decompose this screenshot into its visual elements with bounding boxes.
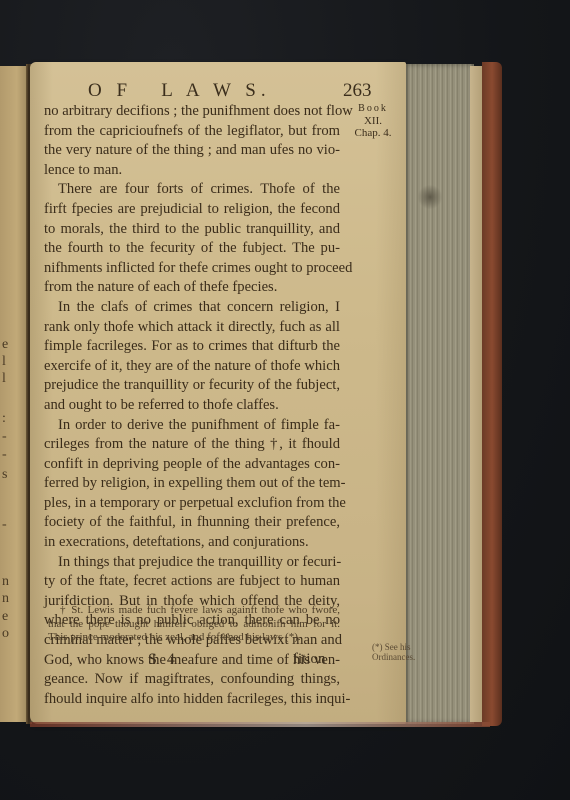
page-bottom-edge (30, 722, 490, 727)
text-line: the very nature of the thing ; and man u… (44, 141, 340, 161)
text-line: and ought to be referred to thofe claffe… (44, 396, 340, 416)
text-line: no arbitrary decifions ; the punifhment … (44, 102, 340, 122)
catchword: fition (293, 651, 326, 668)
text-line: In the clafs of crimes that concern reli… (44, 298, 340, 318)
margin-note: Book XII. Chap. 4. (350, 103, 396, 139)
leather-cover (482, 62, 502, 726)
text-line: from the nature of each of thefe fpecies… (44, 278, 340, 298)
fragment: s (2, 464, 7, 486)
text-line: firft fpecies are prejudicial to religio… (44, 200, 340, 220)
text-line: fimple facrileges. For as to crimes that… (44, 337, 340, 357)
footnote-line: that the pope thought himfelf obliged to… (48, 618, 340, 632)
margin-book-number: XII. (350, 115, 396, 127)
footnote-line: † St. Lewis made fuch fevere laws againf… (48, 604, 340, 618)
fragment: l (2, 368, 6, 390)
running-head: O F L A W S. (88, 80, 271, 102)
text-line: fociety of the faithful, in fhunning the… (44, 513, 340, 533)
text-line: There are four forts of crimes. Thofe of… (44, 180, 340, 200)
text-line: lence to man. (44, 161, 340, 181)
margin-book-label: Book (350, 103, 396, 115)
footnote-line: This prince moderated his zeal, and foft… (48, 631, 340, 645)
footnote-side-note: (*) See his Ordinances. (372, 642, 436, 662)
text-line: In order to derive the punifhment of fim… (44, 416, 340, 436)
fragment: - (2, 514, 7, 536)
text-line: to morals, the third to the public tranq… (44, 220, 340, 240)
text-line: prejudice the tranquillity or fecurity o… (44, 376, 340, 396)
footnote: † St. Lewis made fuch fevere laws againf… (48, 604, 340, 645)
text-line: In things that prejudice the tranquillit… (44, 553, 340, 573)
text-line: exercife of it, they are of the nature o… (44, 357, 340, 377)
page-number: 263 (343, 80, 372, 102)
text-line: the fourth to the fecurity of the fubjec… (44, 239, 340, 259)
fragment: o (2, 623, 9, 645)
text-line: rank only thofe which attack it directly… (44, 318, 340, 338)
page-edge-stain (418, 184, 442, 210)
text-line: ferred by religion, in expelling them ou… (44, 474, 340, 494)
page-block-edges (404, 64, 474, 724)
text-line: ples, in a temporary or perpetual excluf… (44, 494, 340, 514)
text-line: fhould inquire alfo into hidden facrileg… (44, 690, 340, 710)
text-line: confift in depriving people of the advan… (44, 455, 340, 475)
margin-chapter: Chap. 4. (350, 127, 396, 139)
text-line: geance. Now if magiftrates, confounding … (44, 670, 340, 690)
text-line: ty of the ftate, fecret actions are fubj… (44, 572, 340, 592)
text-line: crileges from the nature of the thing †,… (44, 435, 340, 455)
text-line: in execrations, deteftations, and conjur… (44, 533, 340, 553)
signature-mark: S 4 (148, 651, 178, 669)
fragment: - (2, 444, 7, 466)
text-line: from the capricioufnefs of the legiflato… (44, 122, 340, 142)
left-page-sliver: e l l : - - s - n n e o (0, 66, 28, 722)
text-line: nifhments inflicted for thefe crimes oug… (44, 259, 340, 279)
